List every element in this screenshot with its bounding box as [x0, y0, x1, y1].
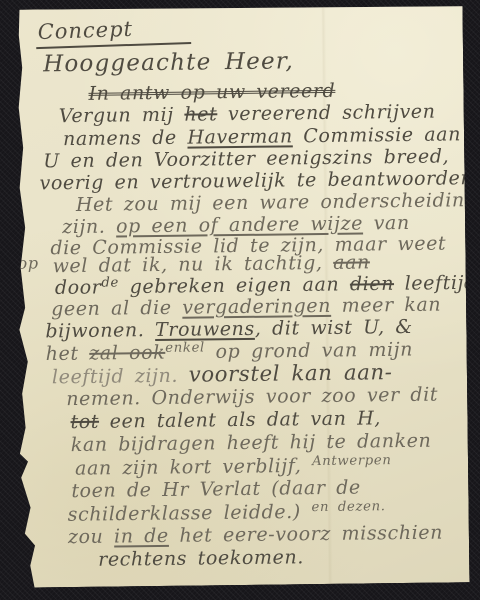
handwritten-line: Het zou mij een ware onderscheiding — [76, 189, 478, 216]
handwritten-line: aan zijn kort verblijf, Antwerpen — [75, 453, 392, 480]
handwritten-line: tot een talent als dat van H, — [70, 407, 381, 433]
word-segment: kan bijdragen heeft hij te danken — [71, 430, 432, 456]
word-segment: Commissie aan — [293, 123, 462, 147]
word-segment: Trouwens — [155, 318, 255, 341]
word-segment: het — [46, 342, 90, 365]
word-segment: Vergun mij — [59, 104, 185, 128]
handwritten-line: nemen. Onderwijs voor zoo ver dit — [66, 384, 438, 411]
letter-body: Concept Hooggeachte Heer, In antw op uw … — [9, 4, 469, 587]
word-segment: door — [55, 276, 102, 299]
handwritten-line: rechtens toekomen. — [98, 546, 304, 571]
struck-text: Haverman — [187, 125, 293, 148]
word-segment: het eere-voorz misschien — [169, 522, 443, 547]
word-segment: aan zijn kort verblijf, — [75, 455, 312, 480]
word-segment: leeftijd — [394, 272, 477, 295]
word-segment: Het zou mij een ware onderscheiding — [76, 189, 478, 216]
handwritten-line: zou in de het eere-voorz misschien — [68, 522, 443, 549]
word-segment: rechtens toekomen. — [98, 546, 304, 571]
handwritten-line: schilderklasse leidde.) en dezen. — [68, 499, 386, 526]
salutation-line: Hooggeachte Heer, — [43, 48, 294, 77]
struck-text: zal ook — [89, 342, 165, 365]
handwritten-line: kan bijdragen heeft hij te danken — [71, 430, 432, 456]
struck-text: tot — [70, 411, 99, 433]
handwritten-line: Vergun mij het vereerend schrijven — [59, 101, 436, 128]
word-segment: van — [363, 212, 410, 235]
word-segment: bijwonen. — [45, 319, 155, 342]
photo-backdrop: Concept Hooggeachte Heer, In antw op uw … — [0, 0, 480, 600]
word-segment: op — [17, 253, 38, 272]
handwritten-line: op — [17, 253, 38, 272]
word-segment: een talent als dat van H, — [99, 407, 381, 432]
struck-text: In antw op uw vereerd — [88, 80, 335, 105]
word-segment: schilderklasse leidde.) — [68, 501, 312, 526]
concept-label: Concept — [35, 15, 191, 49]
letter-paper: Concept Hooggeachte Heer, In antw op uw … — [9, 4, 469, 587]
word-segment: en dezen. — [311, 499, 385, 515]
struck-text: dien — [350, 273, 394, 296]
word-segment: vergaderingen — [182, 295, 331, 319]
word-segment: leeftijd zijn. — [52, 365, 189, 389]
handwritten-line: toen de Hr Verlat (daar de — [71, 477, 361, 503]
word-segment: zijn. — [62, 216, 116, 239]
paper-sheet: Concept Hooggeachte Heer, In antw op uw … — [9, 4, 469, 587]
word-segment: meer kan — [331, 294, 441, 317]
word-segment: namens de — [63, 127, 188, 151]
struck-text: aan — [333, 251, 370, 273]
struck-text: in de — [114, 525, 169, 548]
word-segment: zou — [68, 526, 114, 549]
handwritten-line: In antw op uw vereerd — [88, 80, 335, 105]
word-segment: enkel — [165, 340, 205, 355]
word-segment: Antwerpen — [312, 453, 392, 469]
word-segment: toen de Hr Verlat (daar de — [71, 477, 361, 503]
word-segment: , dit wist U, & — [255, 316, 413, 340]
word-segment: nemen. Onderwijs voor zoo ver dit — [66, 384, 438, 411]
word-segment: vereerend schrijven — [217, 101, 436, 126]
word-segment: de — [101, 275, 119, 290]
word-segment: geen al die — [51, 297, 182, 321]
struck-text: het — [184, 103, 217, 125]
